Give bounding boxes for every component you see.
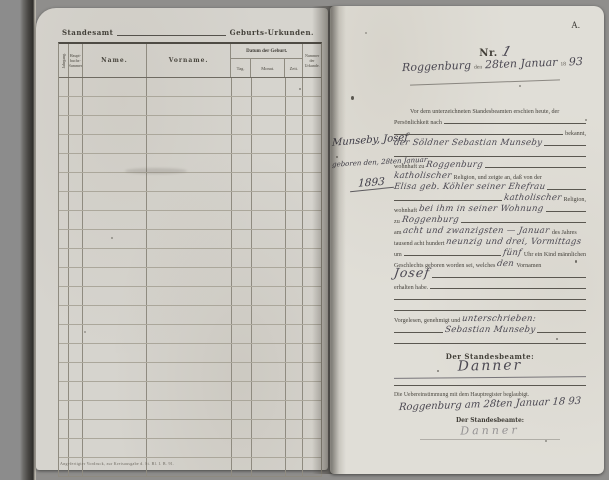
book-edge-shadow xyxy=(0,0,36,480)
dateline-printed-den: den xyxy=(474,64,482,70)
table-row xyxy=(59,325,321,344)
printed-form-text: des Jahres xyxy=(552,230,577,236)
table-cell xyxy=(252,173,287,191)
table-cell xyxy=(83,420,148,438)
form-line: amacht und zwanzigsten — Januardes Jahre… xyxy=(394,225,586,236)
table-cell xyxy=(286,287,303,305)
table-cell xyxy=(303,287,321,305)
table-cell xyxy=(147,249,231,267)
table-cell xyxy=(303,306,321,324)
rule-line xyxy=(461,222,586,223)
table-cell xyxy=(59,116,69,134)
rule-line xyxy=(394,200,502,201)
dateline-year-handwritten: 93 xyxy=(569,55,583,68)
table-cell xyxy=(83,78,148,96)
rule-line xyxy=(432,277,586,278)
table-cell xyxy=(69,249,83,267)
handwritten-entry: bei ihm in seiner Wohnung xyxy=(418,204,544,214)
table-cell xyxy=(69,116,83,134)
registrar-signature-2: Danner xyxy=(394,422,586,438)
table-cell xyxy=(303,439,321,457)
table-row xyxy=(59,135,321,154)
table-row xyxy=(59,173,321,192)
dateline: Roggenburg den 28ten Januar 18 93 xyxy=(402,55,582,74)
printed-form-text: tausend acht hundert xyxy=(394,241,444,247)
table-cell xyxy=(252,268,287,286)
column-header-jahrgang: Jahrgang. xyxy=(59,44,69,77)
table-row xyxy=(59,287,321,306)
printed-form-text: Vornamen xyxy=(516,263,541,269)
standesamt-fill-line xyxy=(117,35,225,36)
table-cell xyxy=(303,249,321,267)
table-cell xyxy=(303,97,321,115)
table-cell xyxy=(252,420,287,438)
table-cell xyxy=(303,78,321,96)
handwritten-entry: katholischer xyxy=(503,193,562,203)
table-cell xyxy=(252,154,287,172)
handwritten-entry: der Söldner Sebastian Munseby xyxy=(393,138,543,148)
table-cell xyxy=(286,306,303,324)
table-cell xyxy=(69,325,83,343)
table-row xyxy=(59,211,321,230)
table-cell xyxy=(69,287,83,305)
table-row xyxy=(59,382,321,401)
table-cell xyxy=(59,249,69,267)
table-cell xyxy=(83,287,148,305)
rule-line xyxy=(546,211,586,212)
form-line: erhalten habe. xyxy=(394,280,586,291)
rule-line xyxy=(544,145,586,146)
table-cell xyxy=(59,382,69,400)
table-cell xyxy=(232,325,252,343)
table-row xyxy=(59,249,321,268)
printed-form-text: zu xyxy=(394,219,400,225)
table-cell xyxy=(286,230,303,248)
table-cell xyxy=(59,211,69,229)
printed-form-text: Vorgelesen, genehmigt und xyxy=(394,318,460,324)
table-cell xyxy=(83,173,148,191)
table-cell xyxy=(147,420,231,438)
table-cell xyxy=(252,458,287,476)
table-cell xyxy=(303,401,321,419)
table-cell xyxy=(303,173,321,191)
table-cell xyxy=(286,268,303,286)
table-cell xyxy=(232,249,252,267)
table-cell xyxy=(59,401,69,419)
printed-form-text: wohnhaft xyxy=(394,208,417,214)
table-cell xyxy=(69,420,83,438)
column-header-nummer: Nummer der Urkunde. xyxy=(303,44,321,77)
table-cell xyxy=(232,154,252,172)
table-cell xyxy=(83,306,148,324)
table-cell xyxy=(286,249,303,267)
table-cell xyxy=(83,135,148,153)
table-cell xyxy=(303,363,321,381)
handwritten-entry: acht und zwanzigsten — Januar xyxy=(403,226,551,236)
table-cell xyxy=(83,97,148,115)
form-line: umfünfUhr ein Kind männlichen xyxy=(394,247,586,258)
table-row xyxy=(59,306,321,325)
form-line: Elisa geb. Köhler seiner Ehefrau xyxy=(394,181,586,192)
table-row xyxy=(59,344,321,363)
table-cell xyxy=(252,439,287,457)
table-cell xyxy=(147,325,231,343)
handwritten-entry: Roggenburg xyxy=(426,160,484,170)
printed-form-text: erhalten habe. xyxy=(394,285,428,291)
table-cell xyxy=(303,268,321,286)
table-cell xyxy=(232,173,252,191)
table-cell xyxy=(303,325,321,343)
form-line xyxy=(394,335,586,346)
column-group-datum: Datum der Geburt. Tag. Monat. Zeit. xyxy=(231,44,303,77)
table-cell xyxy=(59,230,69,248)
table-cell xyxy=(147,363,231,381)
table-cell xyxy=(69,306,83,324)
printed-form-text: Persönlichkeit nach xyxy=(394,120,442,126)
form-line: Vorgelesen, genehmigt undunterschrieben: xyxy=(394,313,586,324)
table-cell xyxy=(59,306,69,324)
table-cell xyxy=(69,97,83,115)
table-cell xyxy=(69,268,83,286)
rule-line xyxy=(537,332,586,333)
table-cell xyxy=(252,363,287,381)
form-line: Vor dem unterzeichneten Standesbeamten e… xyxy=(394,104,586,115)
table-cell xyxy=(83,192,148,210)
table-cell xyxy=(232,363,252,381)
table-cell xyxy=(59,97,69,115)
table-cell xyxy=(286,458,303,476)
form-line: der Söldner Sebastian Munseby xyxy=(394,137,586,148)
table-cell xyxy=(232,135,252,153)
signature-flourish-line xyxy=(394,376,586,379)
table-cell xyxy=(252,230,287,248)
table-cell xyxy=(147,439,231,457)
rule-line xyxy=(404,255,501,256)
table-cell xyxy=(252,211,287,229)
column-header-name: Name. xyxy=(83,44,147,77)
column-header-jahrgang-label: Jahrgang. xyxy=(61,53,66,68)
table-cell xyxy=(286,192,303,210)
table-cell xyxy=(69,230,83,248)
table-cell xyxy=(252,97,287,115)
table-cell xyxy=(252,382,287,400)
table-cell xyxy=(286,401,303,419)
datum-subheaders: Tag. Monat. Zeit. xyxy=(231,59,302,77)
table-cell xyxy=(83,230,148,248)
table-row xyxy=(59,363,321,382)
table-cell xyxy=(252,192,287,210)
table-cell xyxy=(232,287,252,305)
table-cell xyxy=(59,420,69,438)
form-line: zuRoggenburg xyxy=(394,214,586,225)
table-cell xyxy=(59,344,69,362)
table-cell xyxy=(303,135,321,153)
left-page-header: Standesamt Geburts-Urkunden. xyxy=(62,28,314,37)
table-cell xyxy=(252,306,287,324)
rule-line xyxy=(485,167,586,168)
table-cell xyxy=(59,363,69,381)
printed-form-text: am xyxy=(394,230,401,236)
table-cell xyxy=(69,363,83,381)
table-cell xyxy=(286,325,303,343)
table-cell xyxy=(286,211,303,229)
handwritten-entry: Josef xyxy=(393,265,431,280)
table-cell xyxy=(232,306,252,324)
table-cell xyxy=(147,192,231,210)
table-cell xyxy=(252,325,287,343)
table-row xyxy=(59,154,321,173)
column-header-zeit: Zeit. xyxy=(285,59,302,77)
printed-form-text: um xyxy=(394,252,402,258)
table-cell xyxy=(232,420,252,438)
table-cell xyxy=(286,173,303,191)
table-cell xyxy=(147,97,231,115)
table-header-row: Jahrgang. Haupt- buchs- Nummer. Name. Vo… xyxy=(59,44,321,78)
dateline-printed-year: 18 xyxy=(560,61,566,67)
handwritten-entry: katholischer xyxy=(393,171,452,181)
table-row xyxy=(59,439,321,458)
form-line: katholischerReligion, und zeigte an, daß… xyxy=(394,170,586,181)
handwritten-entry: Roggenburg xyxy=(401,215,459,225)
ink-smudge xyxy=(125,168,187,174)
dateline-flourish xyxy=(410,79,560,85)
table-cell xyxy=(83,325,148,343)
column-header-monat: Monat. xyxy=(251,59,286,77)
handwritten-entry: unterschrieben: xyxy=(462,314,537,324)
dateline-place-handwritten: Roggenburg xyxy=(402,59,471,74)
table-cell xyxy=(147,78,231,96)
column-header-hauptbuch: Haupt- buchs- Nummer. xyxy=(69,44,83,77)
table-cell xyxy=(83,268,148,286)
table-cell xyxy=(83,344,148,362)
left-page: Standesamt Geburts-Urkunden. Jahrgang. H… xyxy=(36,8,328,470)
table-cell xyxy=(83,382,148,400)
printed-form-text: bekannt, xyxy=(565,131,586,137)
rule-line xyxy=(430,288,586,289)
table-cell xyxy=(232,458,252,476)
rule-line xyxy=(444,123,586,124)
table-cell xyxy=(59,268,69,286)
table-cell xyxy=(232,211,252,229)
table-cell xyxy=(303,154,321,172)
table-cell xyxy=(286,363,303,381)
table-cell xyxy=(303,382,321,400)
table-cell xyxy=(147,135,231,153)
table-cell xyxy=(147,230,231,248)
table-cell xyxy=(232,78,252,96)
table-cell xyxy=(59,192,69,210)
table-cell xyxy=(286,78,303,96)
form-line: bekannt, xyxy=(394,126,586,137)
form-line xyxy=(394,148,586,159)
table-cell xyxy=(147,211,231,229)
table-cell xyxy=(232,230,252,248)
form-line xyxy=(394,291,586,302)
table-cell xyxy=(147,116,231,134)
table-cell xyxy=(286,344,303,362)
table-cell xyxy=(59,78,69,96)
table-cell xyxy=(303,211,321,229)
table-cell xyxy=(83,249,148,267)
table-cell xyxy=(147,344,231,362)
register-table: Jahrgang. Haupt- buchs- Nummer. Name. Vo… xyxy=(58,42,322,477)
table-cell xyxy=(69,344,83,362)
table-row xyxy=(59,401,321,420)
table-cell xyxy=(59,173,69,191)
table-cell xyxy=(232,192,252,210)
right-page: A. Nr. 1 Roggenburg den 28ten Januar 18 … xyxy=(330,6,604,474)
table-cell xyxy=(59,135,69,153)
table-row xyxy=(59,230,321,249)
form-line: tausend acht hundertneunzig und drei, Vo… xyxy=(394,236,586,247)
printed-form-text: Uhr ein Kind männlichen xyxy=(524,252,586,258)
table-cell xyxy=(69,211,83,229)
table-cell xyxy=(232,439,252,457)
handwritten-entry: Sebastian Munseby xyxy=(444,325,536,335)
scanned-book-spread: Standesamt Geburts-Urkunden. Jahrgang. H… xyxy=(0,0,609,480)
table-cell xyxy=(83,211,148,229)
table-cell xyxy=(286,382,303,400)
rule-line xyxy=(394,156,586,157)
table-cell xyxy=(303,192,321,210)
form-line: wohnhaftbei ihm in seiner Wohnung xyxy=(394,203,586,214)
table-cell xyxy=(303,116,321,134)
table-cell xyxy=(147,268,231,286)
table-cell xyxy=(59,154,69,172)
table-cell xyxy=(69,78,83,96)
table-cell xyxy=(252,287,287,305)
table-body xyxy=(59,78,321,476)
table-cell xyxy=(69,173,83,191)
form-line: Persönlichkeit nach xyxy=(394,115,586,126)
form-line: Sebastian Munseby xyxy=(394,324,586,335)
table-row xyxy=(59,268,321,287)
table-cell xyxy=(83,363,148,381)
column-header-line: Urkunde. xyxy=(305,63,320,68)
table-cell xyxy=(83,401,148,419)
table-row xyxy=(59,78,321,97)
table-cell xyxy=(286,154,303,172)
table-cell xyxy=(147,306,231,324)
table-cell xyxy=(69,382,83,400)
handwritten-entry: Elisa geb. Köhler seiner Ehefrau xyxy=(393,182,546,192)
table-cell xyxy=(69,401,83,419)
rule-line xyxy=(394,332,443,333)
rule-line xyxy=(394,134,563,135)
table-cell xyxy=(59,287,69,305)
printed-form-text: Vor dem unterzeichneten Standesbeamten e… xyxy=(410,109,559,115)
table-cell xyxy=(252,401,287,419)
table-cell xyxy=(232,401,252,419)
table-row xyxy=(59,116,321,135)
form-line: Josef xyxy=(394,269,586,280)
handwritten-entry: den xyxy=(497,259,515,269)
table-cell xyxy=(303,458,321,476)
table-cell xyxy=(69,135,83,153)
table-cell xyxy=(69,439,83,457)
table-cell xyxy=(59,439,69,457)
table-cell xyxy=(286,420,303,438)
signature-hairline xyxy=(420,439,560,440)
table-cell xyxy=(303,230,321,248)
page-letter-marker: A. xyxy=(571,20,580,30)
table-cell xyxy=(147,401,231,419)
form-line: wohnhaft zuRoggenburg xyxy=(394,159,586,170)
rule-line xyxy=(394,385,586,386)
rule-line xyxy=(394,299,586,300)
table-cell xyxy=(83,439,148,457)
table-cell xyxy=(59,325,69,343)
table-cell xyxy=(252,78,287,96)
table-cell xyxy=(286,439,303,457)
rule-line xyxy=(394,310,586,311)
standesamt-label: Standesamt xyxy=(62,28,113,37)
table-cell xyxy=(286,135,303,153)
printed-form-text: Religion, und zeigte an, daß von der xyxy=(454,175,542,181)
table-row xyxy=(59,192,321,211)
handwritten-entry: neunzig und drei, Vormittags xyxy=(446,237,583,247)
form-line: katholischerReligion, xyxy=(394,192,586,203)
table-cell xyxy=(303,420,321,438)
table-cell xyxy=(286,97,303,115)
certification-dateline: Roggenburg am 28ten Januar 18 93 xyxy=(388,395,593,413)
printed-form-text: Religion, xyxy=(563,197,586,203)
table-cell xyxy=(252,116,287,134)
printed-form-text: wohnhaft zu xyxy=(394,164,424,170)
form-line xyxy=(394,302,586,313)
table-row xyxy=(59,97,321,116)
rule-line xyxy=(394,343,586,344)
table-cell xyxy=(69,154,83,172)
table-cell xyxy=(286,116,303,134)
table-cell xyxy=(69,192,83,210)
table-row xyxy=(59,420,321,439)
printer-imprint: Angefertigter Vordruck, zur Kreisausgabe… xyxy=(60,461,174,466)
table-cell xyxy=(232,344,252,362)
table-cell xyxy=(147,287,231,305)
column-header-datum: Datum der Geburt. xyxy=(231,44,302,59)
left-page-title: Geburts-Urkunden. xyxy=(230,28,314,37)
table-cell xyxy=(83,116,148,134)
dateline-date-handwritten: 28ten Januar xyxy=(485,56,558,72)
table-cell xyxy=(232,97,252,115)
table-cell xyxy=(303,344,321,362)
table-cell xyxy=(252,135,287,153)
table-cell xyxy=(147,173,231,191)
table-cell xyxy=(252,344,287,362)
table-cell xyxy=(147,382,231,400)
table-cell xyxy=(232,116,252,134)
table-cell xyxy=(232,268,252,286)
column-header-vorname: Vorname. xyxy=(147,44,231,77)
registrar-signature: Danner xyxy=(394,356,586,375)
table-cell xyxy=(252,249,287,267)
rule-line xyxy=(547,189,586,190)
table-cell xyxy=(232,382,252,400)
column-header-line: Nummer. xyxy=(69,63,83,68)
handwritten-entry: fünf xyxy=(503,248,523,258)
certificate-body: Vor dem unterzeichneten Standesbeamten e… xyxy=(394,104,586,346)
column-header-tag: Tag. xyxy=(231,59,251,77)
